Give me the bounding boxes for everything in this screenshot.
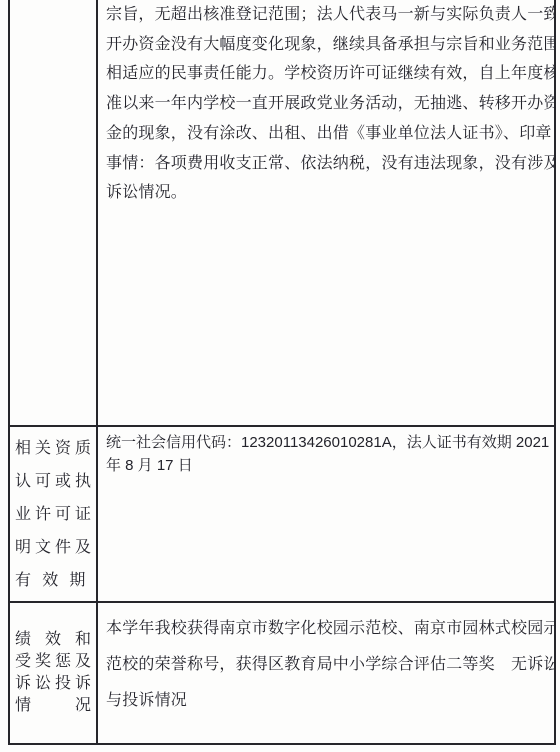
header-line: 有效期 <box>15 564 91 597</box>
header-line: 认可或执 <box>15 465 91 498</box>
row-header-cell-empty <box>10 0 98 425</box>
row-header-cell-performance: 绩效和 受奖惩及 诉讼投诉 情况 <box>10 603 98 743</box>
row-content-cell-awards: 本学年我校获得南京市数字化校园示范校、南京市园林式校园示 范校的荣誉称号，获得区… <box>98 603 554 743</box>
annual-report-table: 宗旨，无超出核准登记范围；法人代表马一新与实际负责人一致； 开办资金没有大幅度变… <box>8 0 556 745</box>
text-line-credit-code: 统一社会信用代码：12320113426010281A，法人证书有效期 2021 <box>106 431 548 454</box>
table-row-qualification-certificates: 相关资质 认可或执 业许可证 明文件及 有效期 统一社会信用代码：1232011… <box>10 427 554 603</box>
header-line: 相关资质 <box>15 432 91 465</box>
text-line: 事情：各项费用收支正常、依法纳税，没有违法现象，没有涉及 <box>106 149 548 179</box>
header-line: 绩效和 <box>15 629 91 651</box>
header-line: 诉讼投诉 <box>15 673 91 695</box>
text-line: 宗旨，无超出核准登记范围；法人代表马一新与实际负责人一致； <box>106 0 548 30</box>
row-content-cell-credit-code: 统一社会信用代码：12320113426010281A，法人证书有效期 2021… <box>98 427 554 601</box>
header-line: 业许可证 <box>15 498 91 531</box>
text-line: 诉讼情况。 <box>106 178 548 208</box>
text-line: 本学年我校获得南京市数字化校园示范校、南京市园林式校园示 <box>106 611 548 647</box>
row-content-cell-business-statement: 宗旨，无超出核准登记范围；法人代表马一新与实际负责人一致； 开办资金没有大幅度变… <box>98 0 554 425</box>
header-line: 受奖惩及 <box>15 651 91 673</box>
text-line: 相适应的民事责任能力。学校资历许可证继续有效，自上年度核 <box>106 59 548 89</box>
text-line: 金的现象，没有涂改、出租、出借《事业单位法人证书》、印章 <box>106 119 548 149</box>
table-row-business-statement: 宗旨，无超出核准登记范围；法人代表马一新与实际负责人一致； 开办资金没有大幅度变… <box>10 0 554 427</box>
header-line: 情况 <box>15 695 91 717</box>
scanned-document-page: 宗旨，无超出核准登记范围；法人代表马一新与实际负责人一致； 开办资金没有大幅度变… <box>0 0 560 752</box>
text-line: 开办资金没有大幅度变化现象，继续具备承担与宗旨和业务范围 <box>106 30 548 60</box>
text-line: 准以来一年内学校一直开展政党业务活动，无抽逃、转移开办资 <box>106 89 548 119</box>
text-line-validity-date: 年 8 月 17 日 <box>106 454 548 477</box>
table-row-performance-awards-litigation: 绩效和 受奖惩及 诉讼投诉 情况 本学年我校获得南京市数字化校园示范校、南京市园… <box>10 603 554 743</box>
header-line: 明文件及 <box>15 531 91 564</box>
row-header-cell-qualification: 相关资质 认可或执 业许可证 明文件及 有效期 <box>10 427 98 601</box>
text-line: 与投诉情况 <box>106 683 548 719</box>
text-line: 范校的荣誉称号，获得区教育局中小学综合评估二等奖 无诉讼 <box>106 647 548 683</box>
